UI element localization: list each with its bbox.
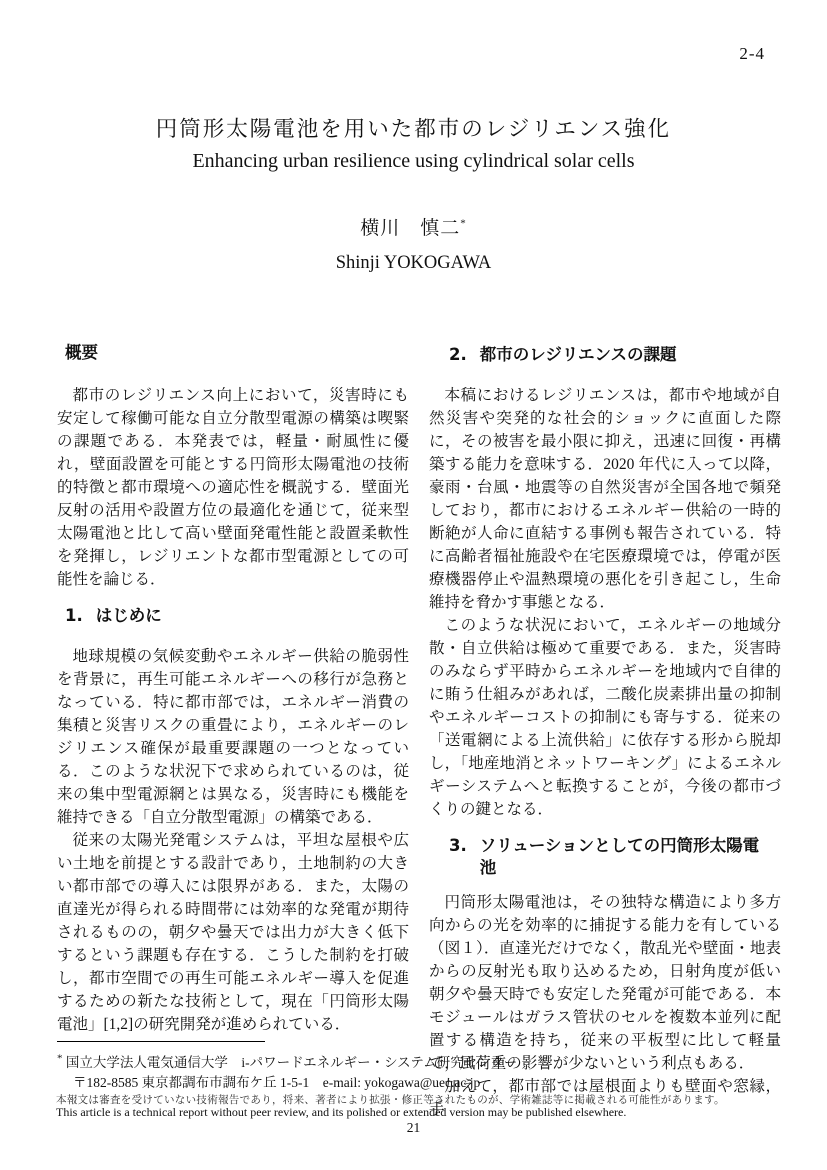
section-1-paragraph: 地球規模の気候変動やエネルギー供給の脆弱性を背景に，再生可能エネルギーへの移行が…: [57, 645, 409, 829]
author-name-japanese-text: 横川 慎二: [360, 218, 460, 239]
section-2-paragraph: 本稿におけるレジリエンスは，都市や地域が自然災害や突発的な社会的ショックに直面し…: [429, 384, 781, 614]
author-name-japanese: 横川 慎二*: [52, 213, 775, 240]
footnote-affiliation-text: 国立大学法人電気通信大学 i-パワードエネルギー・システム研究センター: [66, 1055, 517, 1070]
section-2-number: 2.: [449, 344, 467, 366]
abstract-heading-label: 概要: [65, 342, 98, 364]
section-1-number: 1.: [65, 605, 83, 627]
footnote-marker: *: [57, 1053, 63, 1065]
section-3-number: 3.: [449, 835, 467, 879]
section-2-paragraph: このような状況において，エネルギーの地域分散・自立供給は極めて重要である．また，…: [429, 614, 781, 821]
abstract-heading: 概要: [65, 342, 409, 364]
footnote-separator-rule: [57, 1041, 265, 1042]
paper-title-english: Enhancing urban resilience using cylindr…: [52, 150, 775, 173]
author-affiliation-mark: *: [460, 218, 467, 230]
left-column: 概要 都市のレジリエンス向上において，災害時にも安定して稼働可能な自立分散型電源…: [57, 336, 409, 1036]
footnote-disclaimer-english: This article is a technical report witho…: [56, 1105, 626, 1120]
section-2-heading: 2.都市のレジリエンスの課題: [449, 344, 781, 366]
paper-page: 2-4 円筒形太陽電池を用いた都市のレジリエンス強化 Enhancing urb…: [0, 0, 827, 1170]
report-number: 2-4: [739, 44, 765, 64]
footnote-address: 〒182-8585 東京都調布市調布ケ丘 1-5-1 e-mail: yokog…: [73, 1071, 480, 1091]
section-2-label: 都市のレジリエンスの課題: [480, 344, 677, 366]
section-3-label: ソリューションとしての円筒形太陽電池: [480, 835, 761, 879]
right-column: 2.都市のレジリエンスの課題 本稿におけるレジリエンスは，都市や地域が自然災害や…: [429, 336, 781, 1121]
section-1-paragraph: 従来の太陽光発電システムは，平坦な屋根や広い土地を前提とする設計であり，土地制約…: [57, 829, 409, 1036]
section-3-heading: 3.ソリューションとしての円筒形太陽電池: [449, 835, 781, 879]
paper-title-japanese: 円筒形太陽電池を用いた都市のレジリエンス強化: [52, 112, 775, 143]
section-1-heading: 1.はじめに: [65, 605, 409, 627]
section-1-label: はじめに: [96, 605, 162, 627]
footnote-affiliation: * 国立大学法人電気通信大学 i-パワードエネルギー・システム研究センター: [57, 1051, 517, 1071]
abstract-paragraph: 都市のレジリエンス向上において，災害時にも安定して稼働可能な自立分散型電源の構築…: [57, 384, 409, 591]
section-3-paragraph: 円筒形太陽電池は，その独特な構造により多方向からの光を効率的に捕捉する能力を有し…: [429, 891, 781, 1075]
page-number: 21: [52, 1120, 775, 1136]
author-name-english: Shinji YOKOGAWA: [52, 253, 775, 274]
